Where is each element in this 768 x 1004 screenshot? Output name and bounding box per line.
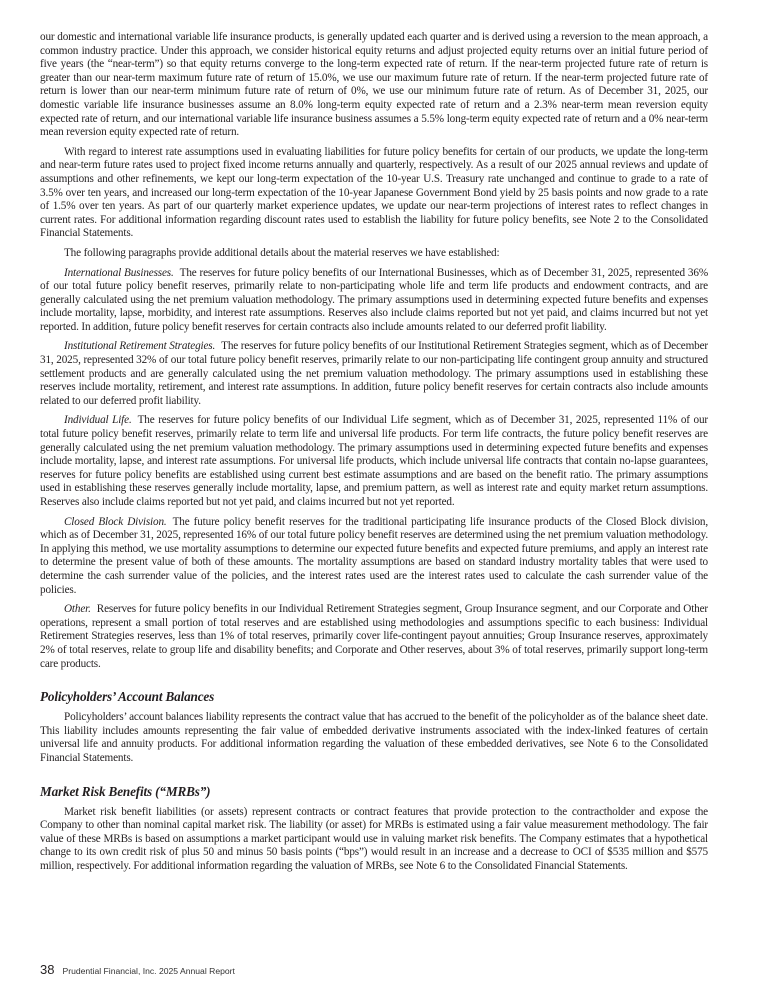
intro-paragraph: The following paragraphs provide additio…: [40, 247, 708, 261]
section-heading-market-risk-benefits: Market Risk Benefits (“MRBs”): [40, 784, 708, 800]
document-body: our domestic and international variable …: [40, 31, 708, 879]
reserve-paragraph-closed-block: Closed Block Division.The future policy …: [40, 516, 708, 598]
page-footer: 38 Prudential Financial, Inc. 2025 Annua…: [40, 962, 235, 977]
reserve-paragraph-international: International Businesses.The reserves fo…: [40, 267, 708, 335]
section-heading-policyholders-account-balances: Policyholders’ Account Balances: [40, 689, 708, 705]
page-number: 38: [40, 962, 54, 977]
reserve-lead: Other.: [64, 603, 91, 615]
reserve-lead: International Businesses.: [64, 267, 174, 279]
reserve-paragraph-institutional: Institutional Retirement Strategies.The …: [40, 340, 708, 408]
reserve-paragraph-other: Other.Reserves for future policy benefit…: [40, 603, 708, 671]
reserve-text: Reserves for future policy benefits in o…: [40, 603, 708, 669]
reserve-lead: Institutional Retirement Strategies.: [64, 340, 215, 352]
section-paragraph: Policyholders’ account balances liabilit…: [40, 711, 708, 765]
section-paragraph: Market risk benefit liabilities (or asse…: [40, 806, 708, 874]
reserve-paragraph-individual-life: Individual Life.The reserves for future …: [40, 414, 708, 509]
reserve-text: The reserves for future policy benefits …: [40, 414, 708, 508]
reserve-lead: Individual Life.: [64, 414, 132, 426]
report-title: Prudential Financial, Inc. 2025 Annual R…: [62, 966, 234, 976]
interest-rate-paragraph: With regard to interest rate assumptions…: [40, 146, 708, 241]
reserve-lead: Closed Block Division.: [64, 516, 167, 528]
continuation-paragraph: our domestic and international variable …: [40, 31, 708, 140]
